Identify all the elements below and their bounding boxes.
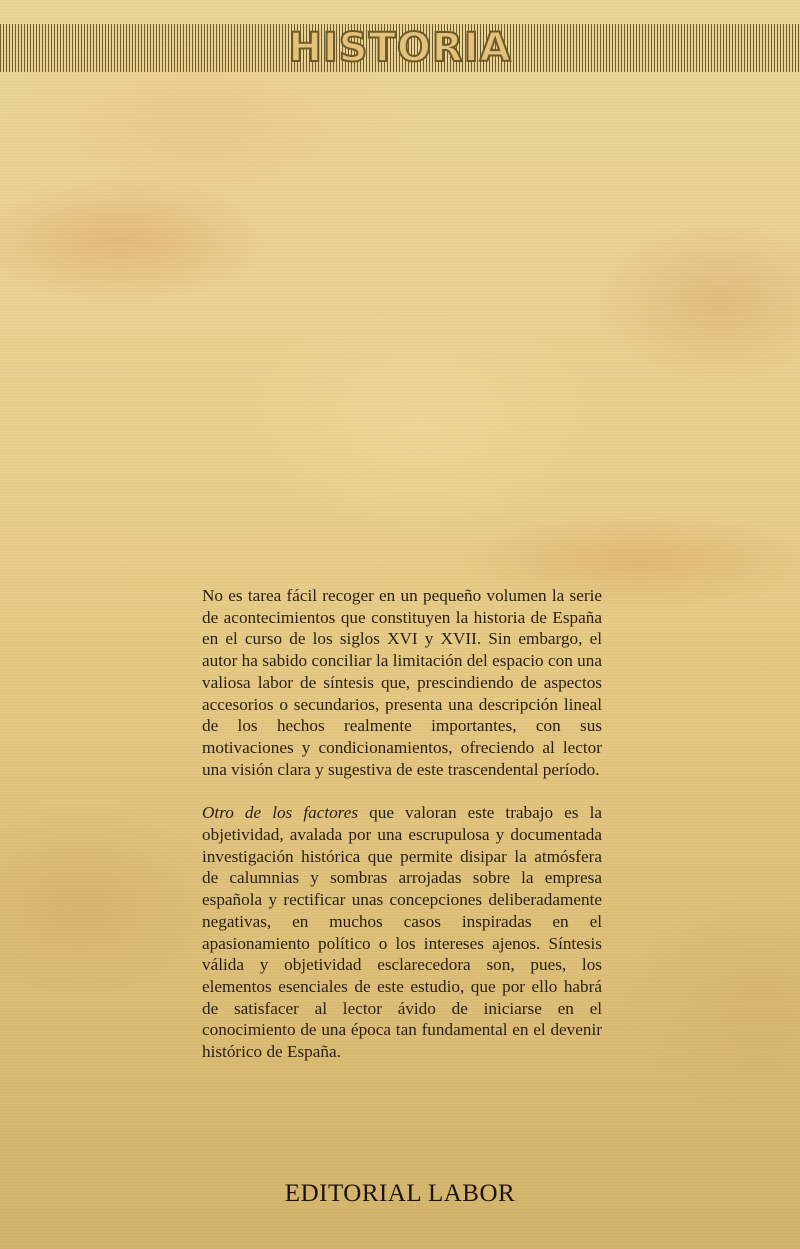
book-back-cover: HISTORIA No es tarea fácil recoger en un…: [0, 0, 800, 1249]
publisher-name: EDITORIAL LABOR: [0, 1180, 800, 1208]
cover-blurb: No es tarea fácil recoger en un pequeño …: [202, 585, 602, 1063]
blurb-paragraph-1: No es tarea fácil recoger en un pequeño …: [202, 585, 602, 780]
blurb-paragraph-2-text: que valoran este trabajo es la objetivid…: [202, 803, 602, 1061]
blurb-paragraph-2: Otro de los factores que valoran este tr…: [202, 802, 602, 1062]
blurb-paragraph-2-italic-lead: Otro de los factores: [202, 803, 358, 822]
series-title: HISTORIA: [0, 24, 800, 72]
blurb-paragraph-1-text: No es tarea fácil recoger en un pequeño …: [202, 586, 602, 779]
